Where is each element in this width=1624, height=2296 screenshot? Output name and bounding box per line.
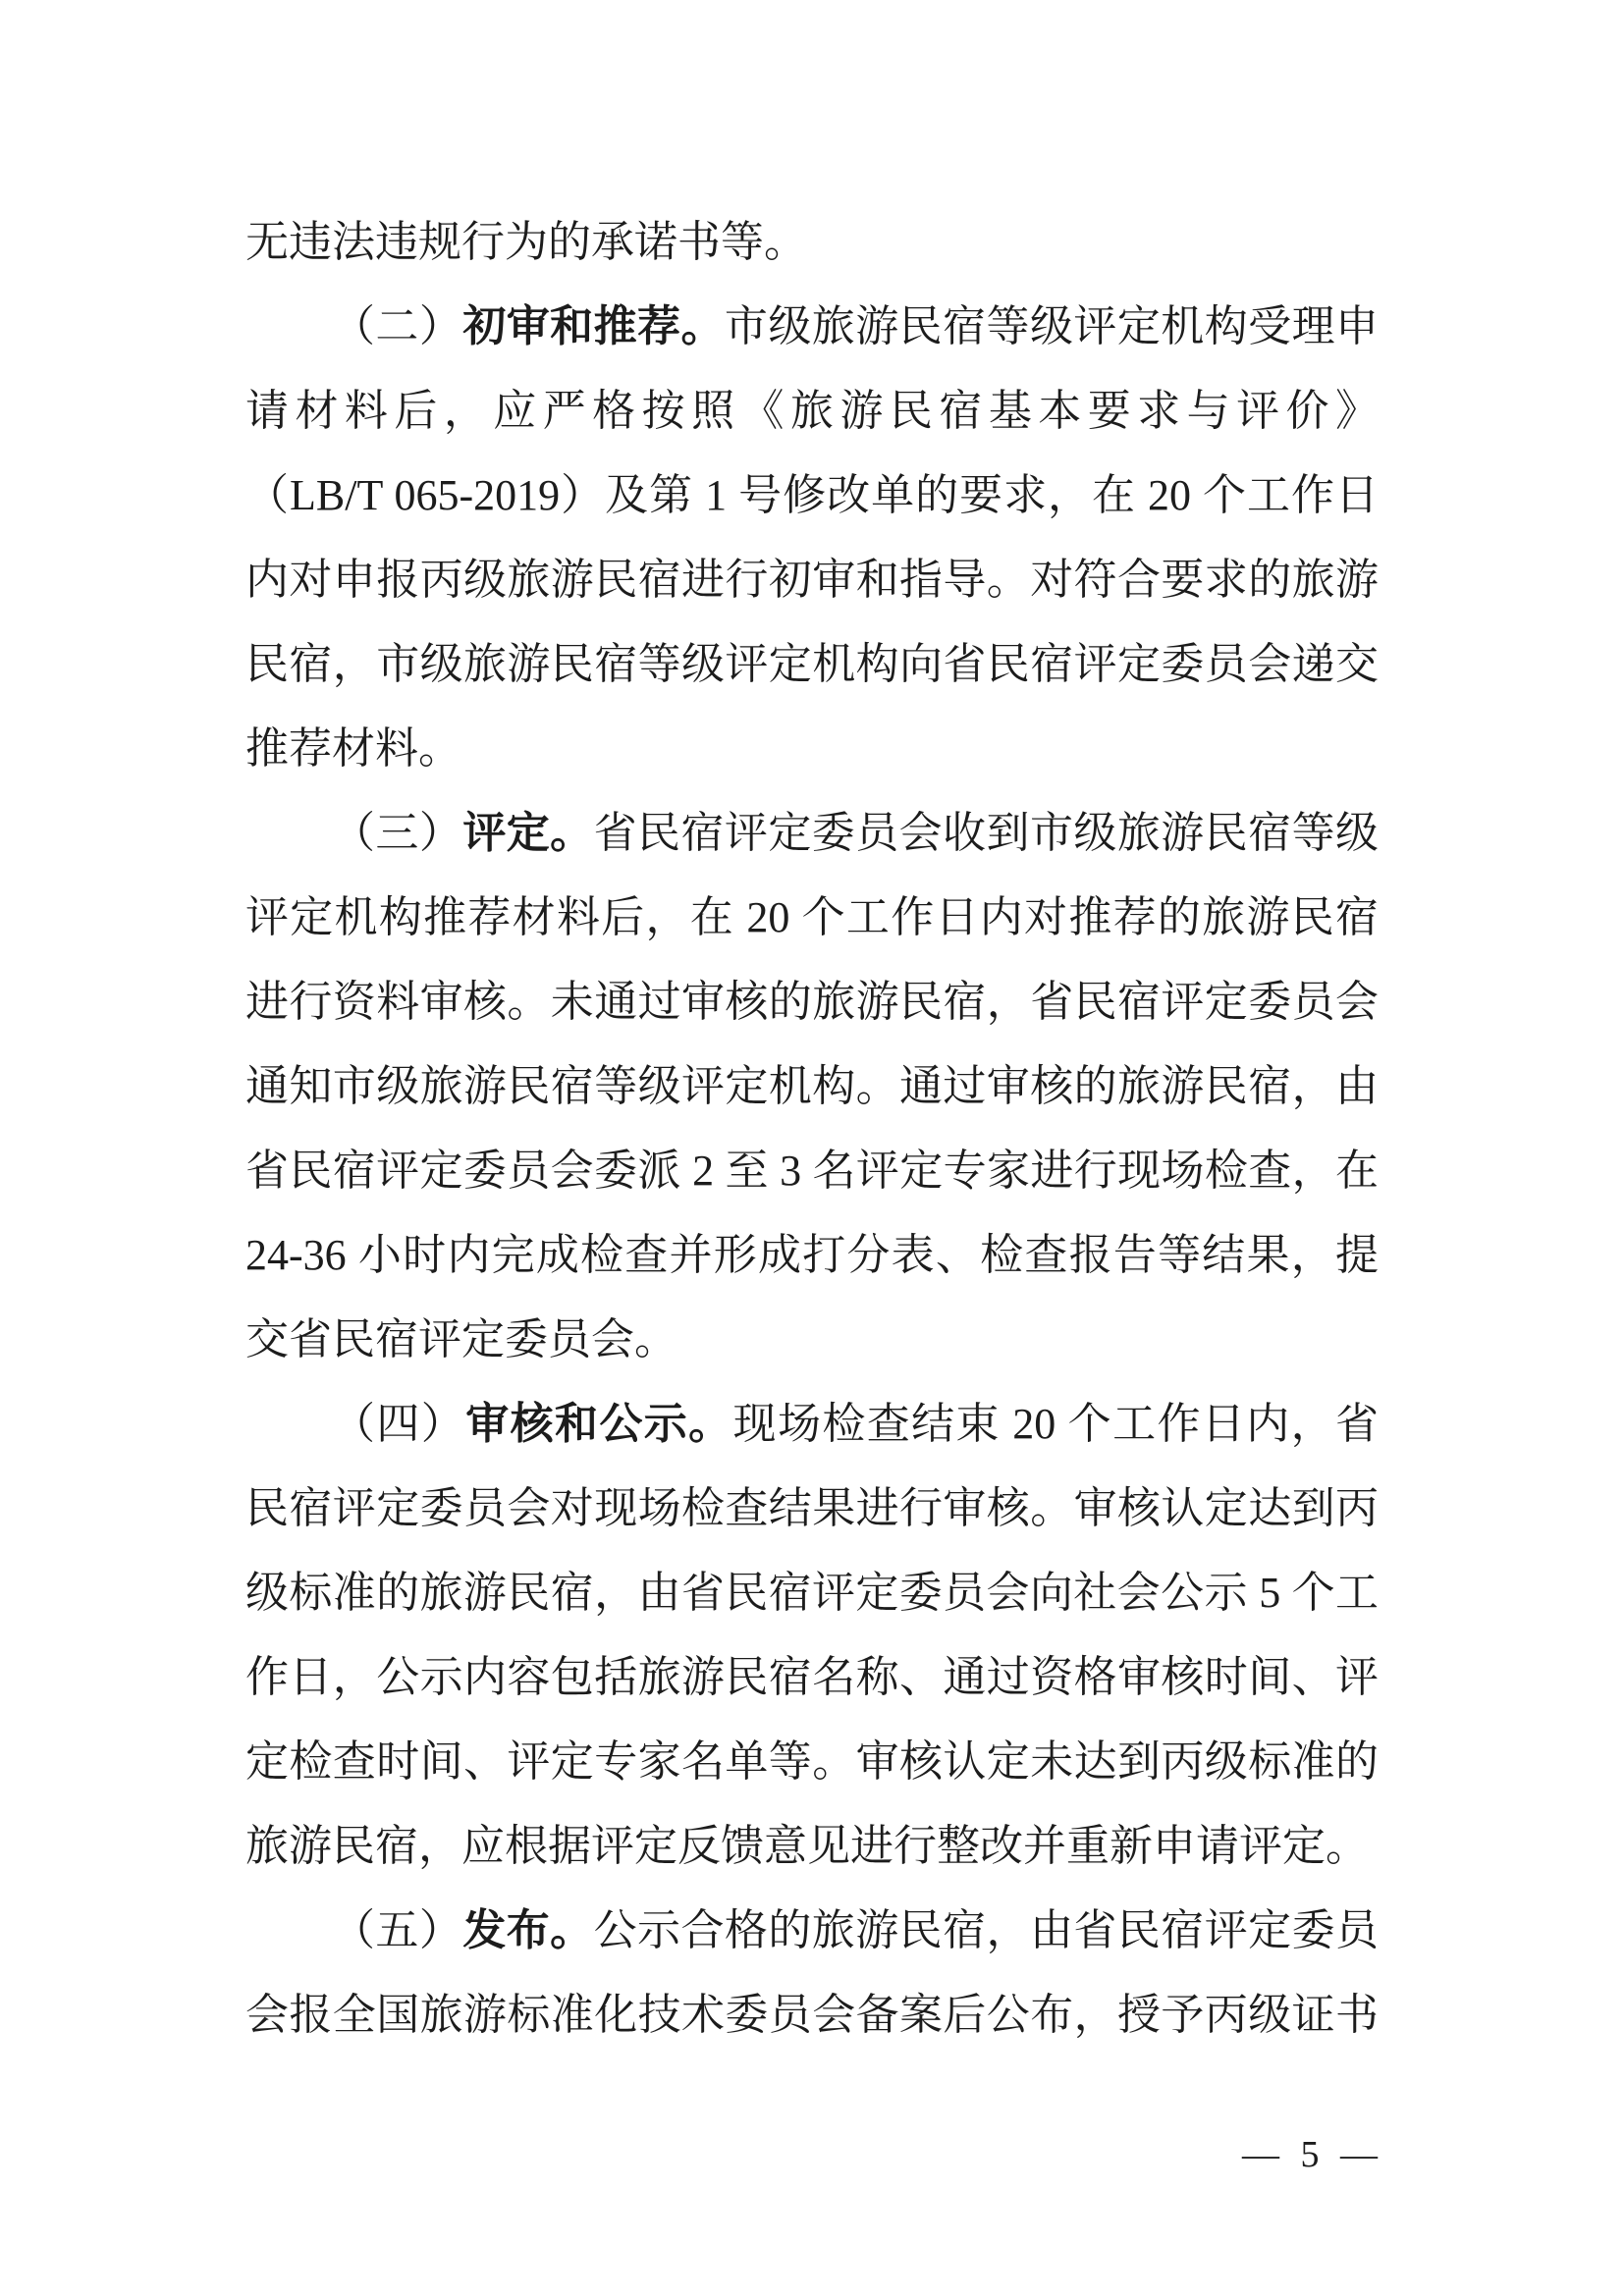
text-line: 评定机构推荐材料后，在 20 个工作日内对推荐的旅游民宿 bbox=[245, 876, 1379, 960]
text-line: 会报全国旅游标准化技术委员会备案后公布，授予丙级证书 bbox=[245, 1973, 1379, 2057]
text-line: 定检查时间、评定专家名单等。审核认定未达到丙级标准的 bbox=[245, 1720, 1379, 1804]
text-line: 作日，公示内容包括旅游民宿名称、通过资格审核时间、评 bbox=[245, 1635, 1379, 1720]
text-run: 推荐材料。 bbox=[245, 724, 461, 773]
text-line: 民宿评定委员会对现场检查结果进行审核。审核认定达到丙 bbox=[245, 1467, 1379, 1551]
document-body: 无违法违规行为的承诺书等。（二）初审和推荐。市级旅游民宿等级评定机构受理申请材料… bbox=[245, 200, 1379, 2057]
text-line: 推荐材料。 bbox=[245, 707, 1379, 791]
text-run: 现场检查结束 20 个工作日内，省 bbox=[733, 1400, 1379, 1448]
text-line: 无违法违规行为的承诺书等。 bbox=[245, 200, 1379, 285]
text-run: 会报全国旅游标准化技术委员会备案后公布，授予丙级证书 bbox=[245, 1991, 1379, 2039]
text-line: 旅游民宿，应根据评定反馈意见进行整改并重新申请评定。 bbox=[245, 1804, 1379, 1889]
text-run: 省民宿评定委员会委派 2 至 3 名评定专家进行现场检查，在 bbox=[245, 1147, 1379, 1195]
text-line: （二）初审和推荐。市级旅游民宿等级评定机构受理申 bbox=[245, 285, 1379, 369]
text-run: （四） bbox=[332, 1400, 465, 1448]
text-run: 通知市级旅游民宿等级评定机构。通过审核的旅游民宿，由 bbox=[245, 1062, 1379, 1110]
text-run: 内对申报丙级旅游民宿进行初审和指导。对符合要求的旅游 bbox=[245, 556, 1379, 604]
text-run: 进行资料审核。未通过审核的旅游民宿，省民宿评定委员会 bbox=[245, 978, 1379, 1026]
text-run: （二） bbox=[332, 302, 462, 350]
text-run: （五） bbox=[332, 1906, 462, 1954]
text-line: （四）审核和公示。现场检查结束 20 个工作日内，省 bbox=[245, 1382, 1379, 1467]
text-line: （LB/T 065-2019）及第 1 号修改单的要求，在 20 个工作日 bbox=[245, 454, 1379, 538]
text-run: 作日，公示内容包括旅游民宿名称、通过资格审核时间、评 bbox=[245, 1653, 1379, 1701]
text-run: 请材料后，应严格按照《旅游民宿基本要求与评价》 bbox=[245, 387, 1379, 435]
text-line: 内对申报丙级旅游民宿进行初审和指导。对符合要求的旅游 bbox=[245, 538, 1379, 622]
text-run: 民宿，市级旅游民宿等级评定机构向省民宿评定委员会递交 bbox=[245, 640, 1379, 688]
text-run: 级标准的旅游民宿，由省民宿评定委员会向社会公示 5 个工 bbox=[245, 1569, 1379, 1617]
section-heading: 发布。 bbox=[462, 1906, 593, 1954]
section-heading: 评定。 bbox=[462, 809, 593, 857]
text-line: 民宿，市级旅游民宿等级评定机构向省民宿评定委员会递交 bbox=[245, 622, 1379, 707]
text-run: （三） bbox=[332, 809, 462, 857]
section-heading: 初审和推荐。 bbox=[462, 302, 725, 350]
text-run: 定检查时间、评定专家名单等。审核认定未达到丙级标准的 bbox=[245, 1737, 1379, 1786]
text-line: 省民宿评定委员会委派 2 至 3 名评定专家进行现场检查，在 bbox=[245, 1129, 1379, 1213]
text-run: 评定机构推荐材料后，在 20 个工作日内对推荐的旅游民宿 bbox=[245, 893, 1379, 941]
page-number: — 5 — bbox=[1242, 2123, 1380, 2186]
text-run: 无违法违规行为的承诺书等。 bbox=[245, 218, 807, 266]
text-line: 24-36 小时内完成检查并形成打分表、检查报告等结果，提 bbox=[245, 1213, 1379, 1298]
text-line: 级标准的旅游民宿，由省民宿评定委员会向社会公示 5 个工 bbox=[245, 1551, 1379, 1635]
text-line: 进行资料审核。未通过审核的旅游民宿，省民宿评定委员会 bbox=[245, 960, 1379, 1044]
text-line: （五）发布。公示合格的旅游民宿，由省民宿评定委员 bbox=[245, 1889, 1379, 1973]
text-line: （三）评定。省民宿评定委员会收到市级旅游民宿等级 bbox=[245, 791, 1379, 876]
text-line: 请材料后，应严格按照《旅游民宿基本要求与评价》 bbox=[245, 369, 1379, 454]
text-line: 通知市级旅游民宿等级评定机构。通过审核的旅游民宿，由 bbox=[245, 1044, 1379, 1129]
text-run: 省民宿评定委员会收到市级旅游民宿等级 bbox=[594, 809, 1379, 857]
text-run: 旅游民宿，应根据评定反馈意见进行整改并重新申请评定。 bbox=[245, 1822, 1369, 1870]
text-run: （LB/T 065-2019）及第 1 号修改单的要求，在 20 个工作日 bbox=[245, 471, 1379, 519]
text-run: 民宿评定委员会对现场检查结果进行审核。审核认定达到丙 bbox=[245, 1484, 1379, 1532]
section-heading: 审核和公示。 bbox=[465, 1400, 732, 1448]
text-line: 交省民宿评定委员会。 bbox=[245, 1298, 1379, 1382]
text-run: 公示合格的旅游民宿，由省民宿评定委员 bbox=[594, 1906, 1379, 1954]
text-run: 24-36 小时内完成检查并形成打分表、检查报告等结果，提 bbox=[245, 1231, 1379, 1279]
text-run: 交省民宿评定委员会。 bbox=[245, 1315, 677, 1363]
text-run: 市级旅游民宿等级评定机构受理申 bbox=[725, 302, 1379, 350]
document-page: 无违法违规行为的承诺书等。（二）初审和推荐。市级旅游民宿等级评定机构受理申请材料… bbox=[0, 0, 1624, 2296]
